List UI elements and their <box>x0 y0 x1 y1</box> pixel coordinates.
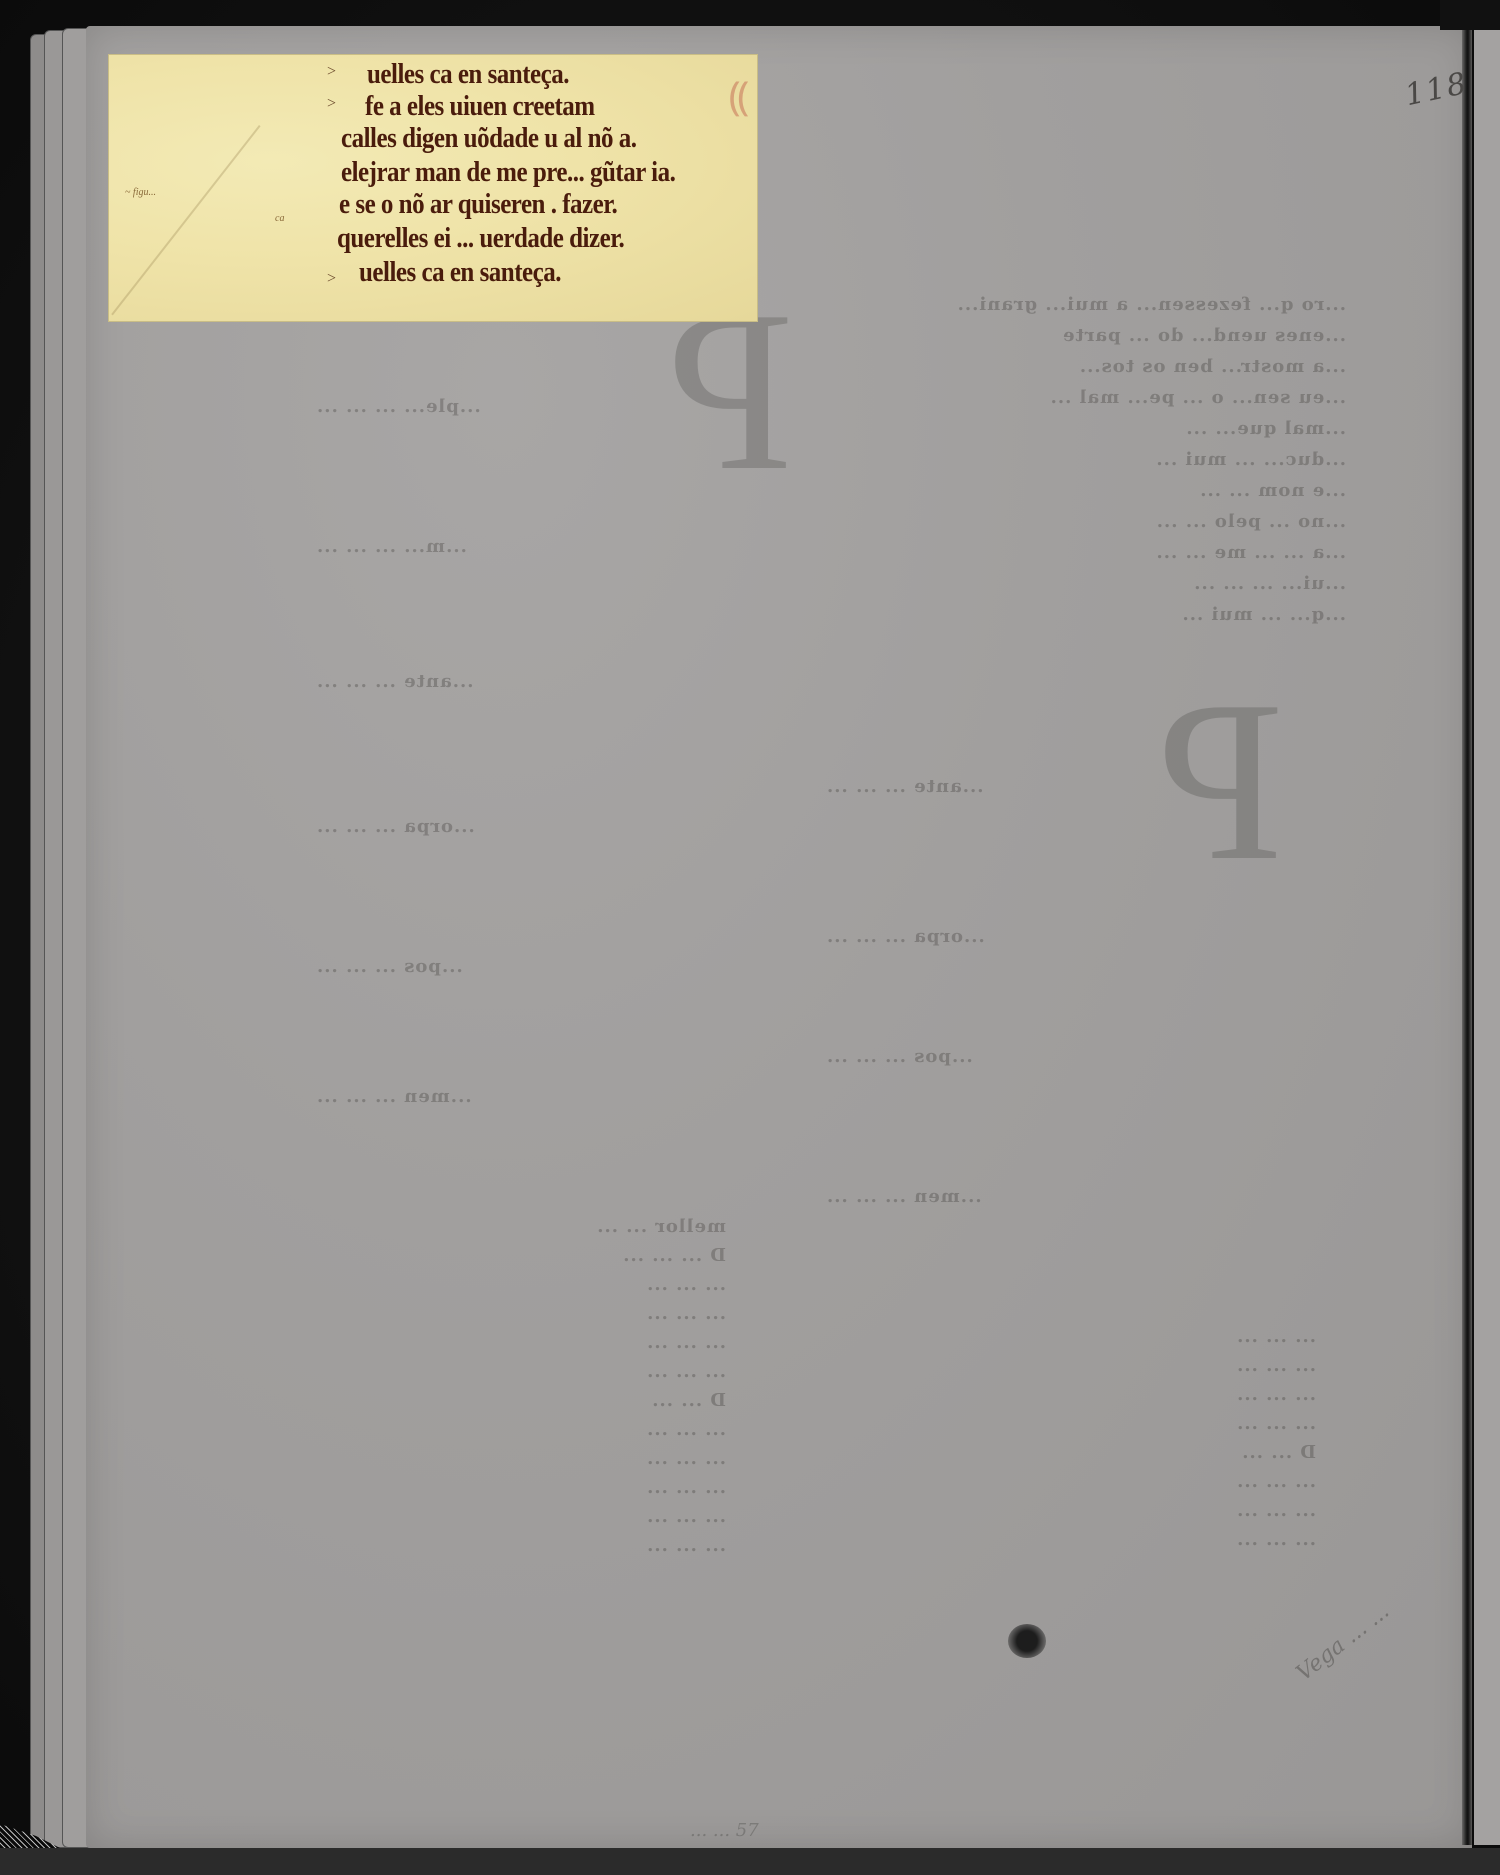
top-shadow <box>1440 0 1500 30</box>
bleed-line: ...orpa ... ... ... <box>316 816 475 837</box>
bleed-initial-p-right: P <box>1156 666 1284 896</box>
bleed-line: ...m... ... ... ... <box>316 536 467 557</box>
bleed-line: ...ante ... ... ... <box>316 671 474 692</box>
bleed-line: ...q... ... mui ... <box>946 604 1346 625</box>
bleed-line: D ... ... <box>386 1390 726 1411</box>
excerpt-line-5: e se o nõ ar quiseren . fazer. <box>339 189 617 220</box>
bleed-line: ...enes uend... do ... parte <box>946 325 1346 346</box>
bleed-line: ...eu sen... o ... pe... mal ... <box>946 387 1346 408</box>
bleed-right-column: ...ro q... fezessen... a mui... grani...… <box>946 294 1346 635</box>
bleed-line: ... ... ... <box>986 1355 1316 1376</box>
bleed-line: ...orpa ... ... ... <box>826 926 985 947</box>
bleed-line: ... ... ... <box>386 1419 726 1440</box>
bleed-line: ...pos ... ... ... <box>826 1046 973 1067</box>
bleed-line: ... ... ... <box>386 1448 726 1469</box>
ink-stain <box>1008 1624 1046 1658</box>
bleed-line: ... ... ... <box>986 1529 1316 1550</box>
bleed-line: ...ante ... ... ... <box>826 776 984 797</box>
bleed-line: ... ... ... <box>386 1477 726 1498</box>
bleed-line: ...ro q... fezessen... a mui... grani... <box>946 294 1346 315</box>
bleed-line: ... ... ... <box>386 1332 726 1353</box>
bleed-line: ...a ... ... me ... ... <box>946 542 1346 563</box>
bleed-line: ...ple... ... ... ... <box>316 396 481 417</box>
excerpt-line-7: uelles ca en santeça. <box>359 257 561 288</box>
bleed-line: ... ... ... <box>386 1274 726 1295</box>
bleed-line: mellor ... ... <box>386 1216 726 1237</box>
excerpt-line-2: fe a eles uiuen creetam <box>365 91 595 122</box>
excerpt-line-3: calles digen uõdade u al nõ a. <box>341 123 636 154</box>
bottom-margin-mark: ... ... 57 <box>690 1820 759 1841</box>
bleed-line: ...men ... ... ... <box>826 1186 982 1207</box>
bleed-line: ...duc... ... mui ... <box>946 449 1346 470</box>
bleed-line: ...pos ... ... ... <box>316 956 463 977</box>
bleed-line: D ... ... <box>986 1442 1316 1463</box>
bleed-line: ...men ... ... ... <box>316 1086 472 1107</box>
bleed-lower-left-block: mellor ... ... D ... ... ... ... ... ...… <box>386 1216 726 1564</box>
bleed-line: ... ... ... <box>386 1506 726 1527</box>
bleed-line: ... ... ... <box>986 1500 1316 1521</box>
facing-page-edge <box>1474 30 1500 1845</box>
bleed-line: ... ... ... <box>986 1413 1316 1434</box>
bleed-line: ...ui... ... ... ... <box>946 573 1346 594</box>
excerpt-line-1: uelles ca en santeça. <box>367 59 569 90</box>
highlighted-excerpt: ⸨ ~ figu... ca > > > uelles ca en santeç… <box>108 54 758 322</box>
bleed-line: ... ... ... <box>386 1535 726 1556</box>
excerpt-line-6: querelles ei ... uerdade dizer. <box>337 223 624 254</box>
bleed-lower-right-block: ... ... ... ... ... ... ... ... ... ... … <box>986 1326 1316 1558</box>
bleed-line: ...mal que... ... <box>946 418 1346 439</box>
bleed-line: ...e nom ... ... <box>946 480 1346 501</box>
bleed-line: ... ... ... <box>986 1384 1316 1405</box>
bleed-line: ... ... ... <box>986 1326 1316 1347</box>
bleed-line: ... ... ... <box>986 1471 1316 1492</box>
bleed-line: ... ... ... <box>386 1303 726 1324</box>
bleed-line: ...a mostr... ben os tos... <box>946 356 1346 377</box>
bleed-line: ... ... ... <box>386 1361 726 1382</box>
excerpt-lines: uelles ca en santeça. fe a eles uiuen cr… <box>109 55 757 321</box>
excerpt-line-4: elejrar man de me pre... gũtar ia. <box>341 157 675 188</box>
bleed-line: ...no ... pelo ... ... <box>946 511 1346 532</box>
bottom-shadow <box>0 1848 1500 1875</box>
binding-gutter <box>1462 30 1472 1845</box>
bleed-line: D ... ... ... <box>386 1245 726 1266</box>
